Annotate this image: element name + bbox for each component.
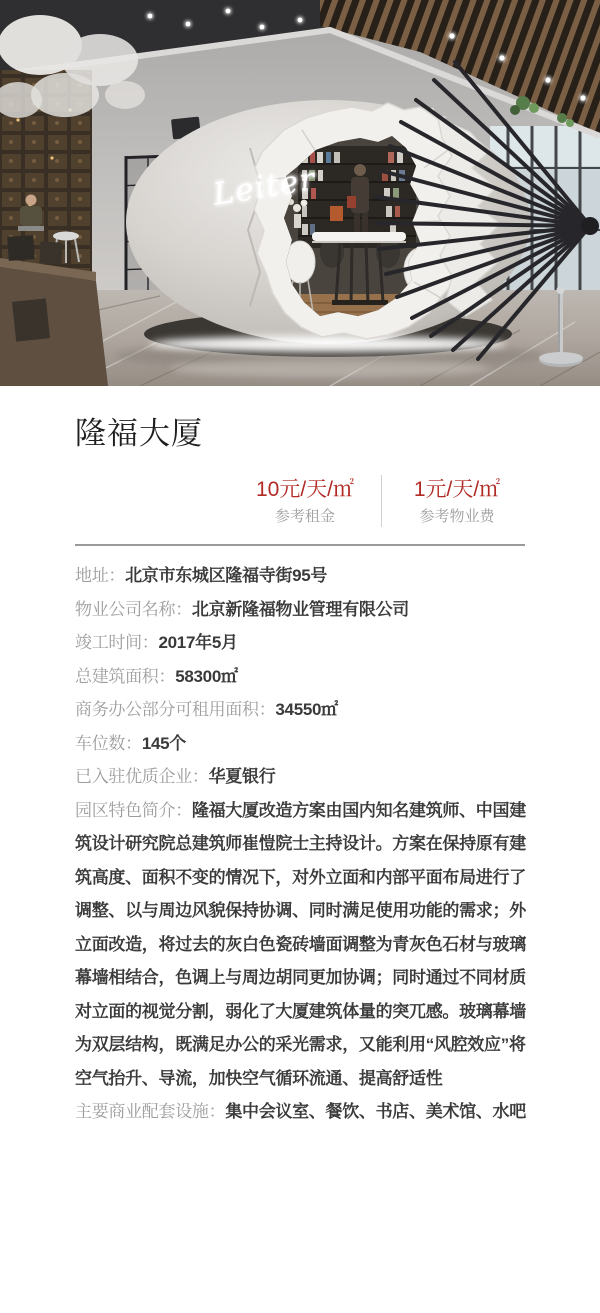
detail-value: 北京新隆福物业管理有限公司 — [192, 600, 409, 619]
section-divider — [75, 544, 525, 546]
detail-label: 车位数： — [75, 734, 142, 753]
price-row: 10元/天/㎡ 参考租金 1元/天/㎡ 参考物业费 — [75, 475, 525, 527]
detail-label: 总建筑面积： — [75, 667, 175, 686]
rent-price-label: 参考租金 — [256, 507, 354, 526]
detail-label: 商务办公部分可租用面积： — [75, 700, 275, 719]
page-title: 隆福大厦 — [75, 415, 525, 452]
rent-price-value: 10元/天/㎡ — [256, 477, 354, 502]
detail-row: 物业公司名称：北京新隆福物业管理有限公司 — [75, 593, 527, 627]
detail-value: 华夏银行 — [209, 767, 276, 786]
detail-row: 已入驻优质企业：华夏银行 — [75, 760, 527, 794]
detail-value: 北京市东城区隆福寺街95号 — [125, 566, 327, 585]
fee-price-value: 1元/天/㎡ — [409, 477, 505, 502]
detail-label: 主要商业配套设施： — [75, 1102, 225, 1121]
detail-label: 地址： — [75, 566, 125, 585]
property-detail-page: Leiter — [0, 0, 600, 1313]
detail-value: 2017年5月 — [159, 633, 238, 652]
detail-row: 车位数：145个 — [75, 727, 527, 761]
detail-row: 商务办公部分可租用面积：34550㎡ — [75, 693, 527, 727]
detail-value: 145个 — [142, 734, 186, 753]
fee-price-label: 参考物业费 — [409, 507, 505, 526]
detail-row: 总建筑面积：58300㎡ — [75, 660, 527, 694]
floor-reflection — [170, 359, 490, 377]
price-separator — [381, 475, 382, 527]
orange-seat — [330, 206, 343, 221]
detail-value: 隆福大厦改造方案由国内知名建筑师、中国建筑设计研究院总建筑师崔愷院士主持设计。方… — [75, 801, 526, 1088]
details-list: 地址：北京市东城区隆福寺街95号 物业公司名称：北京新隆福物业管理有限公司 竣工… — [75, 559, 527, 1129]
detail-row: 竣工时间：2017年5月 — [75, 626, 527, 660]
detail-label: 物业公司名称： — [75, 600, 192, 619]
rent-price-group: 10元/天/㎡ 参考租金 — [256, 477, 354, 526]
detail-label: 竣工时间： — [75, 633, 159, 652]
detail-label: 园区特色简介： — [75, 801, 192, 820]
fee-price-group: 1元/天/㎡ 参考物业费 — [409, 477, 505, 526]
detail-row: 地址：北京市东城区隆福寺街95号 — [75, 559, 527, 593]
content-area: 隆福大厦 10元/天/㎡ 参考租金 1元/天/㎡ 参考物业费 地址：北京市东城区… — [0, 415, 600, 1129]
hero-photo: Leiter — [0, 0, 600, 386]
detail-row: 主要商业配套设施：集中会议室、餐饮、书店、美术馆、水吧 — [75, 1095, 527, 1129]
detail-value: 集中会议室、餐饮、书店、美术馆、水吧 — [225, 1102, 526, 1121]
detail-value: 34550㎡ — [275, 700, 337, 719]
detail-label: 已入驻优质企业： — [75, 767, 209, 786]
detail-value: 58300㎡ — [175, 667, 237, 686]
detail-row: 园区特色简介：隆福大厦改造方案由国内知名建筑师、中国建筑设计研究院总建筑师崔愷院… — [75, 794, 527, 1096]
